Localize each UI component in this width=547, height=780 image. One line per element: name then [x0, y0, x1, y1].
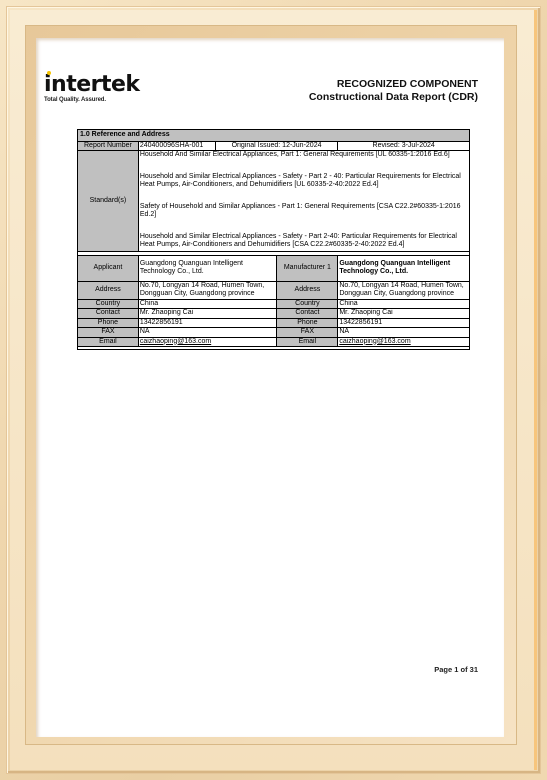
applicant-email-link[interactable]: caizhaoping@163.com — [138, 337, 277, 347]
standard-item: Household and Similar Electrical Applian… — [140, 233, 468, 251]
standards-label: Standard(s) — [78, 151, 139, 252]
manufacturer-address: No.70, Longyan 14 Road, Humen Town, Dong… — [338, 281, 470, 299]
manufacturer-label: Manufacturer 1 — [277, 255, 338, 281]
report-number-value: 240400096SHA-001 — [138, 141, 215, 151]
manufacturer-fax-label: FAX — [277, 328, 338, 338]
logo-text: intertek — [44, 72, 140, 97]
applicant-fax-label: FAX — [78, 328, 139, 338]
section-title: 1.0 Reference and Address — [78, 130, 470, 142]
section-header-row: 1.0 Reference and Address — [78, 130, 470, 142]
email-row: Email caizhaoping@163.com Email caizhaop… — [78, 337, 470, 347]
page-number: Page 1 of 31 — [434, 665, 478, 674]
manufacturer-contact: Mr. Zhaoping Cai — [338, 309, 470, 319]
applicant-address-label: Address — [78, 281, 139, 299]
document-title: RECOGNIZED COMPONENT Constructional Data… — [309, 78, 478, 104]
applicant-contact: Mr. Zhaoping Cai — [138, 309, 277, 319]
country-row: Country China Country China — [78, 299, 470, 309]
phone-row: Phone 13422856191 Phone 13422856191 — [78, 318, 470, 328]
reference-address-table: 1.0 Reference and Address Report Number … — [77, 129, 470, 350]
manufacturer-contact-label: Contact — [277, 309, 338, 319]
title-line-1: RECOGNIZED COMPONENT — [309, 78, 478, 91]
standard-item: Safety of Household and Similar Applianc… — [140, 203, 468, 221]
applicant-label: Applicant — [78, 255, 139, 281]
manufacturer-email-link[interactable]: caizhaoping@163.com — [338, 337, 470, 347]
applicant-country: China — [138, 299, 277, 309]
standards-list: Household And Similar Electrical Applian… — [138, 151, 469, 252]
manufacturer-country: China — [338, 299, 470, 309]
original-issued: Original Issued: 12-Jun-2024 — [215, 141, 338, 151]
logo-wordmark: intertek — [44, 74, 140, 96]
logo-dot-icon — [47, 71, 51, 75]
document-page: intertek Total Quality. Assured. RECOGNI… — [36, 38, 504, 737]
manufacturer-phone-label: Phone — [277, 318, 338, 328]
picture-frame: intertek Total Quality. Assured. RECOGNI… — [0, 0, 547, 780]
applicant-phone-label: Phone — [78, 318, 139, 328]
manufacturer-address-label: Address — [277, 281, 338, 299]
applicant-email-label: Email — [78, 337, 139, 347]
applicant-name: Guangdong Quanguan Intelligent Technolog… — [138, 255, 277, 281]
applicant-fax: NA — [138, 328, 277, 338]
applicant-contact-label: Contact — [78, 309, 139, 319]
report-number-row: Report Number 240400096SHA-001 Original … — [78, 141, 470, 151]
applicant-phone: 13422856191 — [138, 318, 277, 328]
standard-item: Household And Similar Electrical Applian… — [140, 151, 468, 161]
title-line-2: Constructional Data Report (CDR) — [309, 91, 478, 104]
revised-date: Revised: 3-Jul-2024 — [338, 141, 470, 151]
standards-row: Standard(s) Household And Similar Electr… — [78, 151, 470, 252]
manufacturer-phone: 13422856191 — [338, 318, 470, 328]
intertek-logo: intertek Total Quality. Assured. — [44, 74, 140, 103]
fax-row: FAX NA FAX NA — [78, 328, 470, 338]
applicant-country-label: Country — [78, 299, 139, 309]
contact-row: Contact Mr. Zhaoping Cai Contact Mr. Zha… — [78, 309, 470, 319]
party-name-row: Applicant Guangdong Quanguan Intelligent… — [78, 255, 470, 281]
applicant-address: No.70, Longyan 14 Road, Humen Town, Dong… — [138, 281, 277, 299]
manufacturer-email-label: Email — [277, 337, 338, 347]
report-number-label: Report Number — [78, 141, 139, 151]
manufacturer-fax: NA — [338, 328, 470, 338]
manufacturer-name: Guangdong Quanguan Intelligent Technolog… — [338, 255, 470, 281]
logo-tagline: Total Quality. Assured. — [44, 97, 140, 103]
address-row: Address No.70, Longyan 14 Road, Humen To… — [78, 281, 470, 299]
standard-item: Household and Similar Electrical Applian… — [140, 173, 468, 191]
manufacturer-country-label: Country — [277, 299, 338, 309]
